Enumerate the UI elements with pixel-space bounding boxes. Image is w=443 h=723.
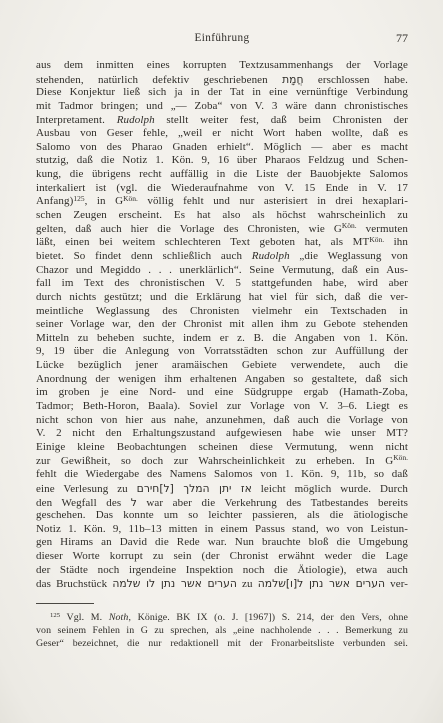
body-paragraph: aus dem inmitten eines korrupten Textzus…	[36, 59, 408, 591]
text-line: Mitteln zu beheben suchte, indem er z. B…	[36, 332, 408, 346]
text-line: seiner Vorlage war, den der Chronist mit…	[36, 318, 408, 332]
text-line: durch nichts gestützt; und die Erklärung…	[36, 291, 408, 305]
text-segment: Anfang)	[36, 195, 73, 207]
text-line: Notiz 1. Kön. 9, 11b–13 mitten in einem …	[36, 523, 408, 537]
text-segment: den Wegfall des	[36, 497, 131, 509]
superscript: Kön.	[369, 235, 384, 244]
text-segment: , in G	[85, 195, 124, 207]
text-segment: gen Hirams an David die Rede war. Nun br…	[36, 536, 408, 548]
text-segment: fall im Text des chronistischen V. 5 sta…	[36, 277, 408, 289]
superscript: Kön.	[342, 221, 357, 230]
text-line: Interpretament. Rudolph stellt weiter fe…	[36, 114, 408, 128]
text-line: Tadmor; Beth-Horon, Baala). Soviel zur V…	[36, 400, 408, 414]
text-line: Ausbau von Geser fehle, „weil er nicht W…	[36, 127, 408, 141]
text-segment: fehlt die Wiedergabe des Namens Salomos …	[36, 468, 408, 480]
text-line: 9, 19 über die Anlegung von Vorratsstädt…	[36, 345, 408, 359]
text-segment: Salomo von des Pharao Gnaden erhielt“. M…	[36, 141, 408, 153]
text-segment: Anordnung der wenigen ihm erhaltenen Ang…	[36, 373, 408, 385]
text-line: im groben je eine Nord- und eine Südgrup…	[36, 386, 408, 400]
text-segment: Notiz 1. Kön. 9, 11b–13 mitten in einem …	[36, 523, 408, 535]
text-segment: Lücke bezüglich jener aramäischen Gebiet…	[36, 359, 408, 371]
text-line: meintliche Weglassung des Chronisten vie…	[36, 305, 408, 319]
text-segment: durch nichts gestützt; und die Erklärung…	[36, 291, 408, 303]
text-segment: stutzig, daß die Notiz 1. Kön. 9, 16 übe…	[36, 154, 408, 166]
text-line: stehenden, natürlich defektiv geschriebe…	[36, 73, 408, 87]
superscript: Kön.	[123, 194, 138, 203]
text-segment: gelten, daß auch hier die Vorlage des Ch…	[36, 223, 342, 235]
text-segment: ihn	[384, 236, 408, 248]
text-segment: „die Weglassung von	[290, 250, 408, 262]
text-segment: Rudolph	[252, 250, 290, 262]
text-segment: V. 2 nicht den Erhaltungszustand aufgewi…	[36, 427, 408, 439]
text-segment: stellt weiter fest, daß beim Chronisten …	[155, 114, 408, 126]
text-segment: der Städte noch irgendeine Inspektion no…	[36, 564, 408, 576]
text-line: Lücke bezüglich jener aramäischen Gebiet…	[36, 359, 408, 373]
text-line: den Wegfall des ל war aber die Verkehrun…	[36, 496, 408, 510]
text-segment: zu	[237, 578, 258, 590]
text-line: aus dem inmitten eines korrupten Textzus…	[36, 59, 408, 73]
text-segment: Chazor und Megiddo . . . unerklärlich“. …	[36, 264, 408, 276]
text-segment: Interpretament.	[36, 114, 117, 126]
text-segment: aus dem inmitten eines korrupten Textzus…	[36, 59, 408, 71]
text-segment: Tadmor; Beth-Horon, Baala). Soviel zur V…	[36, 400, 408, 412]
text-line: nicht schon von hier aus nahe, anzunehme…	[36, 414, 408, 428]
footnote: 125 Vgl. M. Noth, Könige. BK IX (o. J. […	[36, 611, 408, 651]
text-line: V. 2 nicht den Erhaltungszustand aufgewi…	[36, 427, 408, 441]
footnote-rule	[36, 603, 94, 604]
text-line: fehlt die Wiedergabe des Namens Salomos …	[36, 468, 408, 482]
text-line: von seinem Fehlen in G zu sprechen, als …	[36, 624, 408, 637]
text-line: Salomo von des Pharao Gnaden erhielt“. M…	[36, 141, 408, 155]
text-segment: dieser Worte korrupt zu sein (der Chroni…	[36, 550, 408, 562]
text-segment: , Könige. BK IX (o. J. [1967]) S. 214, d…	[128, 612, 408, 623]
text-segment: nicht schon von hier aus nahe, anzunehme…	[36, 414, 408, 426]
superscript: 125	[50, 612, 60, 619]
text-line: Diese Konjektur ließ sich ja in der Tat …	[36, 86, 408, 100]
text-segment: Geser“ bezeichnet, die nur redaktionell …	[36, 638, 408, 649]
hebrew-text: חֲמָת	[282, 73, 303, 86]
text-line: fall im Text des chronistischen V. 5 sta…	[36, 277, 408, 291]
text-line: Anfang)125, in GKön. völlig fehlt und nu…	[36, 195, 408, 209]
text-segment: mit Tadmor bringen; und „— Zoba“ von V. …	[36, 100, 408, 112]
text-segment: schen Zeugen erscheint. Es hat also als …	[36, 209, 408, 221]
text-segment: Rudolph	[117, 114, 155, 126]
text-segment: interkaliert ist (vgl. die Wiederaufnahm…	[36, 182, 408, 194]
text-line: eine Verlesung zu אז יתן המלך [ל]חירם le…	[36, 482, 408, 496]
text-line: gen Hirams an David die Rede war. Nun br…	[36, 536, 408, 550]
text-segment: völlig fehlt und nur asterisiert in drei…	[138, 195, 408, 207]
hebrew-text: הערים אשר נתן לו שלמה	[112, 577, 237, 590]
text-line: interkaliert ist (vgl. die Wiederaufnahm…	[36, 182, 408, 196]
superscript: Kön.	[393, 453, 408, 462]
text-segment: eine Verlesung zu	[36, 483, 137, 495]
text-segment: zur Gewißheit, so doch zur Wahrscheinlic…	[36, 455, 393, 467]
hebrew-text: אז יתן המלך [ל]חירם	[137, 482, 252, 495]
text-segment: meintliche Weglassung des Chronisten vie…	[36, 305, 408, 317]
text-line: bietet. So findet denn schließlich auch …	[36, 250, 408, 264]
text-segment: seiner Vorlage war, den der Chronist mit…	[36, 318, 408, 330]
text-segment: Einige kleine Beobachtungen scheinen die…	[36, 441, 408, 453]
text-segment: Noth	[109, 612, 129, 623]
text-line: stutzig, daß die Notiz 1. Kön. 9, 16 übe…	[36, 154, 408, 168]
book-page: Einführung 77 aus dem inmitten eines kor…	[0, 0, 443, 723]
text-segment: kung, die übrigens recht auffällig in di…	[36, 168, 408, 180]
text-line: mit Tadmor bringen; und „— Zoba“ von V. …	[36, 100, 408, 114]
text-segment: läßt, einen bei weitem schlechteren Text…	[36, 236, 369, 248]
text-segment: leicht möglich wurde. Durch	[252, 483, 408, 495]
text-line: Anordnung der wenigen ihm erhaltenen Ang…	[36, 373, 408, 387]
page-number: 77	[396, 31, 408, 45]
text-line: zur Gewißheit, so doch zur Wahrscheinlic…	[36, 455, 408, 469]
text-segment: das Bruchstück	[36, 578, 112, 590]
page-header-title: Einführung	[195, 31, 250, 45]
text-line: kung, die übrigens recht auffällig in di…	[36, 168, 408, 182]
superscript: 125	[73, 194, 84, 203]
running-head: Einführung 77	[36, 31, 408, 45]
text-line: geschehen. Das konnte um so leichter pas…	[36, 509, 408, 523]
text-line: läßt, einen bei weitem schlechteren Text…	[36, 236, 408, 250]
text-line: dieser Worte korrupt zu sein (der Chroni…	[36, 550, 408, 564]
text-segment: geschehen. Das konnte um so leichter pas…	[36, 509, 408, 521]
text-segment: Diese Konjektur ließ sich ja in der Tat …	[36, 86, 408, 98]
text-segment: ver-	[385, 578, 408, 590]
text-line: 125 Vgl. M. Noth, Könige. BK IX (o. J. […	[36, 611, 408, 624]
text-segment: stehenden, natürlich defektiv geschriebe…	[36, 74, 282, 86]
text-segment: 9, 19 über die Anlegung von Vorratsstädt…	[36, 345, 408, 357]
text-segment: war aber die Verkehrung des Tatbestandes…	[137, 497, 408, 509]
hebrew-text: הערים אשר נתן ל[ו]שלמה	[258, 577, 385, 590]
text-line: Geser“ bezeichnet, die nur redaktionell …	[36, 637, 408, 650]
text-segment: Vgl. M.	[60, 612, 109, 623]
text-segment: Ausbau von Geser fehle, „weil er nicht W…	[36, 127, 408, 139]
text-segment: erschlossen habe.	[304, 74, 408, 86]
text-segment: bietet. So findet denn schließlich auch	[36, 250, 252, 262]
text-segment: im groben je eine Nord- und eine Südgrup…	[36, 386, 408, 398]
text-line: Chazor und Megiddo . . . unerklärlich“. …	[36, 264, 408, 278]
text-line: gelten, daß auch hier die Vorlage des Ch…	[36, 223, 408, 237]
text-line: das Bruchstück הערים אשר נתן לו שלמה zu …	[36, 577, 408, 591]
text-line: der Städte noch irgendeine Inspektion no…	[36, 564, 408, 578]
text-segment: Mitteln zu beheben suchte, indem er z. B…	[36, 332, 408, 344]
text-line: Einige kleine Beobachtungen scheinen die…	[36, 441, 408, 455]
text-segment: von seinem Fehlen in G zu sprechen, als …	[36, 625, 408, 636]
text-segment: vermuten	[357, 223, 408, 235]
